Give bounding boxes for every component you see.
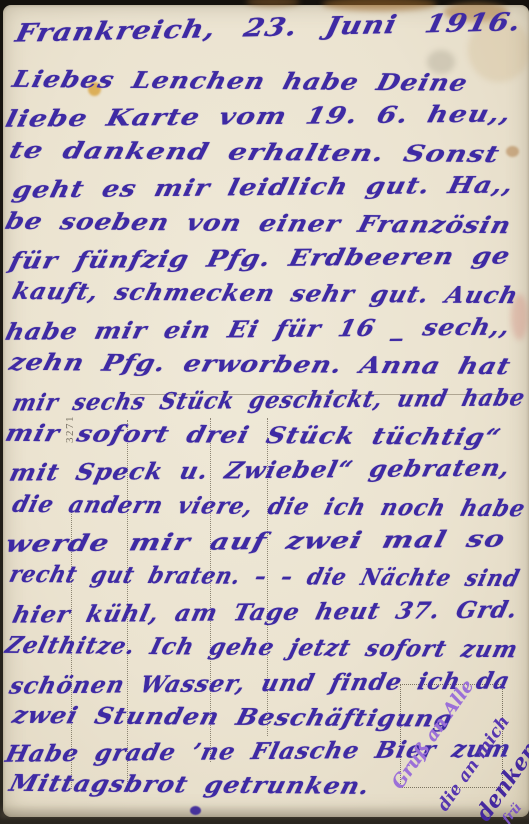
handwriting-line: mit Speck u. Zwiebel“ gebraten, — [0, 451, 529, 492]
handwriting-line: Liebes Lenchen habe Deine — [0, 62, 529, 102]
handwriting-line: Habe grade ’ne Flasche Bier zum — [0, 731, 529, 771]
handwriting-line: mir sofort drei Stück tüchtig“ — [0, 416, 529, 456]
handwriting-line-dateline: Frankreich, 23. Juni 1916. — [0, 4, 529, 54]
handwriting-line: hier kühl, am Tage heut 37. Grd. — [0, 592, 529, 633]
handwriting-line: te dankend erhalten. Sonst — [0, 132, 529, 172]
handwriting-line: für fünfzig Pfg. Erdbeeren ge — [0, 238, 529, 279]
handwriting-line: kauft, schmecken sehr gut. Auch — [0, 274, 529, 314]
handwriting-line: geht es mir leidlich gut. Ha,, — [0, 167, 529, 208]
handwriting-line: werde mir auf zwei mal so — [0, 521, 529, 562]
handwriting-line: be soeben von einer Französin — [0, 203, 529, 243]
handwriting-line: die andern viere, die ich noch habe — [0, 486, 529, 526]
handwriting-line: Zelthitze. Ich gehe jetzt sofort zum — [0, 628, 529, 668]
handwriting-line: mir sechs Stück geschickt, und habe — [0, 380, 529, 421]
handwriting-line: habe mir ein Ei für 16 _ sech,, — [0, 309, 529, 350]
letter-body: Frankreich, 23. Juni 1916. Liebes Lenche… — [0, 10, 529, 802]
postcard-scan: 3271 Frankreich, 23. Juni 1916. Liebes L… — [0, 0, 529, 824]
handwriting-line: recht gut braten. – – die Nächte sind — [0, 557, 529, 597]
handwriting-line: liebe Karte vom 19. 6. heu,, — [0, 97, 529, 138]
handwriting-line: zehn Pfg. erworben. Anna hat — [0, 345, 529, 385]
